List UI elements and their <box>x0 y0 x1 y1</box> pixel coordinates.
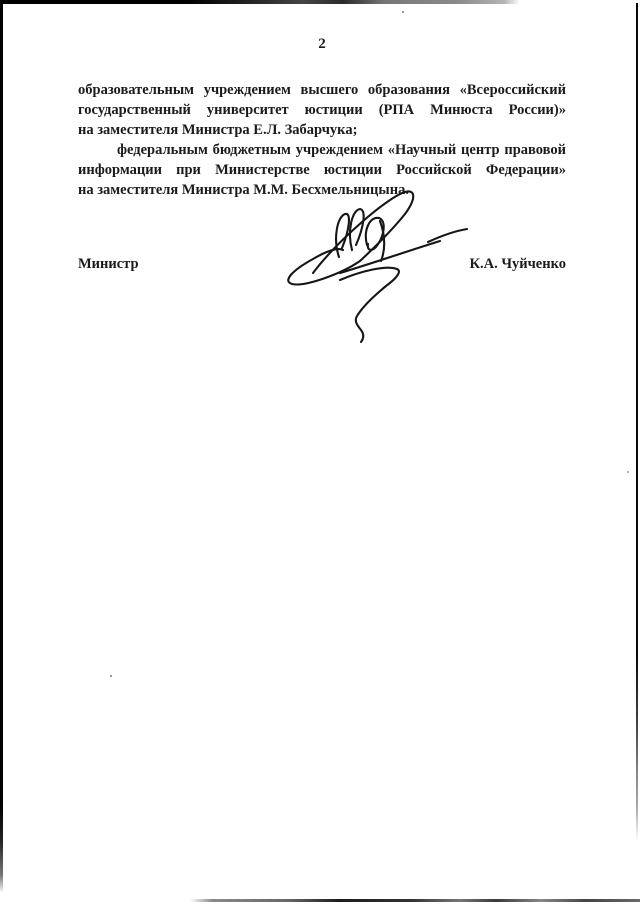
text-line: информации при Министерстве юстиции Росс… <box>78 160 566 180</box>
scan-edge-bottom <box>190 899 640 902</box>
scan-speck <box>402 11 404 13</box>
scan-speck <box>110 675 112 677</box>
text-line: образовательным учреждением высшего обра… <box>78 80 566 100</box>
text-line: федеральным бюджетным учреждением «Научн… <box>78 140 566 160</box>
document-body: образовательным учреждением высшего обра… <box>78 80 566 200</box>
scan-edge-right <box>636 3 638 841</box>
scan-edge-top <box>0 0 520 4</box>
signature-row: Министр К.А. Чуйченко <box>78 254 566 274</box>
page-number: 2 <box>78 36 566 53</box>
scan-speck <box>627 471 629 473</box>
signer-name: К.А. Чуйченко <box>470 254 567 274</box>
scan-edge-left <box>0 0 3 893</box>
text-line: на заместителя Министра Е.Л. Забарчука; <box>78 120 566 140</box>
signature-dash-stroke <box>428 229 467 242</box>
text-line: государственный университет юстиции (РПА… <box>78 100 566 120</box>
document-page: 2 образовательным учреждением высшего об… <box>0 0 640 905</box>
paragraph-continuation: образовательным учреждением высшего обра… <box>78 80 566 140</box>
minister-title: Министр <box>78 254 139 274</box>
signature-stroke <box>340 268 399 342</box>
